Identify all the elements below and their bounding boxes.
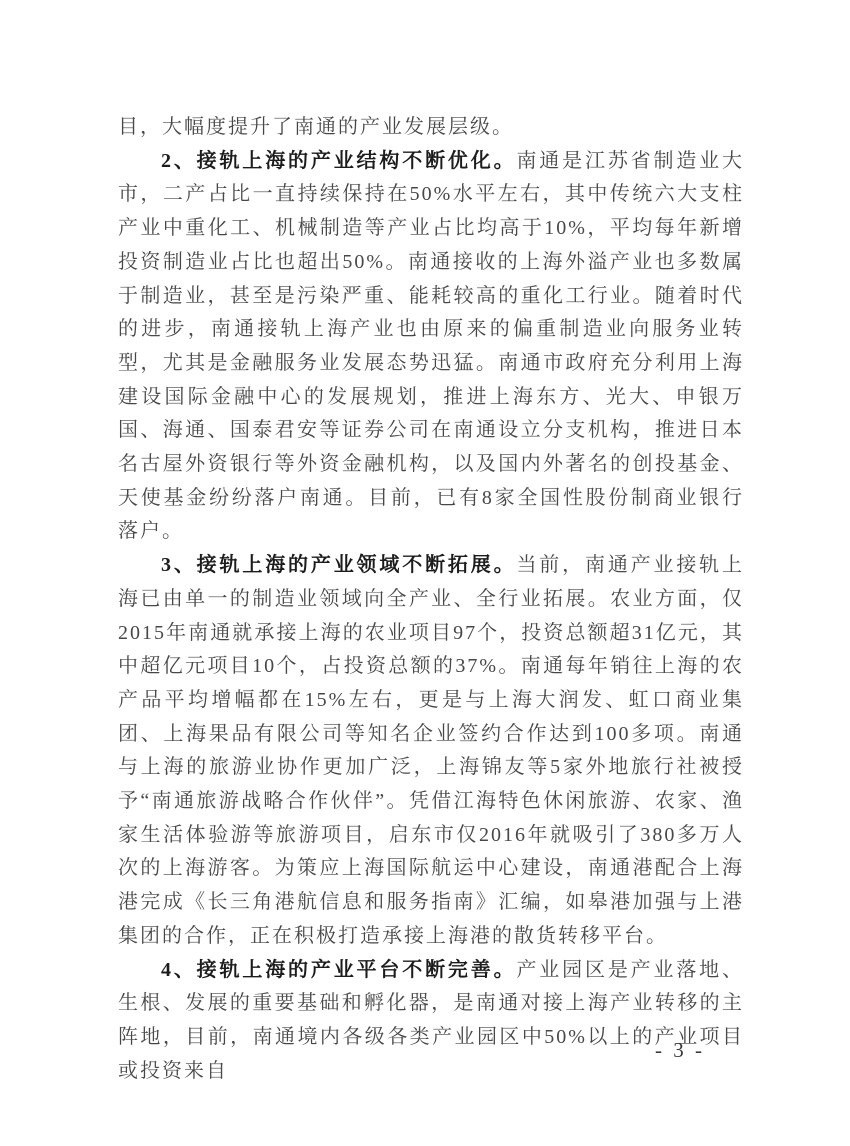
paragraph-text: 南通是江苏省制造业大市，二产占比一直持续保持在50%水平左右，其中传统六大支柱产… [118,150,744,543]
document-page: 目，大幅度提升了南通的产业发展层级。 2、接轨上海的产业结构不断优化。南通是江苏… [0,0,850,1146]
section-heading: 4、接轨上海的产业平台不断完善。 [161,959,516,981]
paragraph-text: 目，大幅度提升了南通的产业发展层级。 [118,116,514,138]
paragraph-text: 当前，南通产业接轨上海已由单一的制造业领域向全产业、全行业拓展。农业方面，仅20… [118,554,744,947]
page-number: - 3 - [640,1038,720,1063]
paragraph-section-3: 3、接轨上海的产业领域不断拓展。当前，南通产业接轨上海已由单一的制造业领域向全产… [118,549,744,953]
document-body: 目，大幅度提升了南通的产业发展层级。 2、接轨上海的产业结构不断优化。南通是江苏… [118,111,744,1088]
paragraph-continuation: 目，大幅度提升了南通的产业发展层级。 [118,111,744,145]
section-heading: 2、接轨上海的产业结构不断优化。 [161,150,516,172]
paragraph-section-4: 4、接轨上海的产业平台不断完善。产业园区是产业落地、生根、发展的重要基础和孵化器… [118,954,744,1089]
section-heading: 3、接轨上海的产业领域不断拓展。 [161,554,516,576]
paragraph-section-2: 2、接轨上海的产业结构不断优化。南通是江苏省制造业大市，二产占比一直持续保持在5… [118,145,744,549]
